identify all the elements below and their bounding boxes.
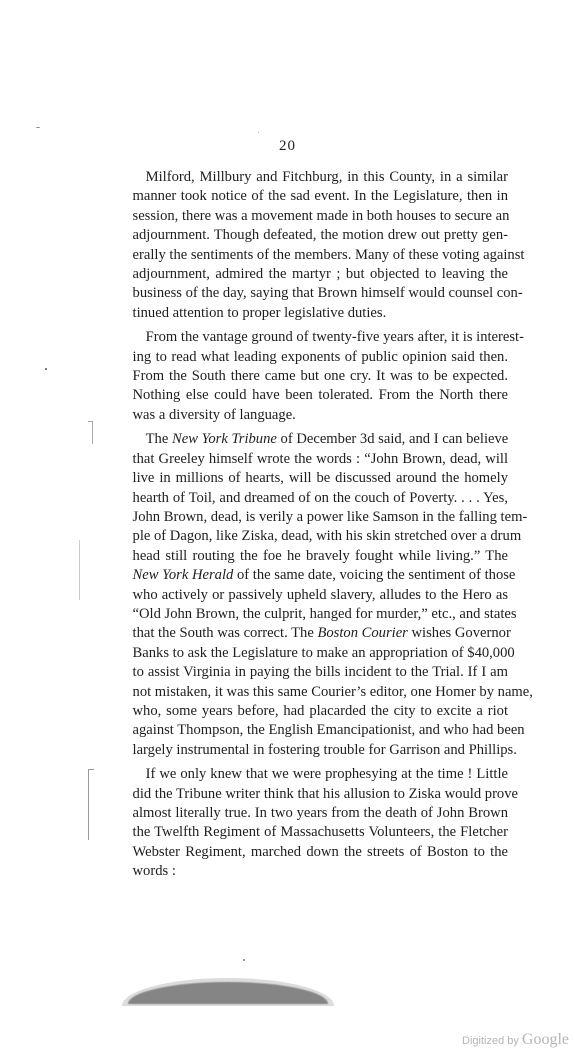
page-number: 20	[0, 138, 575, 155]
text-line: that the South was correct. The Boston C…	[115, 624, 508, 643]
text-line: Banks to ask the Legislature to make an …	[115, 644, 508, 663]
text-line: who actively or passively upheld slavery…	[115, 586, 508, 605]
text-line: From the vantage ground of twenty-five y…	[115, 328, 508, 347]
text-line: manner took notice of the sad event. In …	[115, 187, 508, 206]
text-line: did the Tribune writer think that his al…	[115, 785, 508, 804]
text-line: almost literally true. In two years from…	[115, 804, 508, 823]
text-line: was a diversity of language.	[115, 406, 508, 425]
text-line: The New York Tribune of December 3d said…	[115, 430, 508, 449]
paragraph: If we only knew that we were prophesying…	[115, 765, 508, 881]
paragraph: From the vantage ground of twenty-five y…	[115, 328, 508, 425]
margin-mark-bracket-3-top	[88, 769, 94, 770]
speck	[36, 127, 40, 128]
newspaper-title: Boston Courier	[317, 625, 407, 641]
margin-mark-line-2	[79, 540, 80, 600]
text-line: not mistaken, it was this same Courier’s…	[115, 683, 508, 702]
speck	[258, 132, 259, 133]
scanned-book-page: 20 Milford, Millbury and Fitchburg, in t…	[0, 0, 575, 1064]
speck	[243, 959, 245, 961]
margin-mark-bracket-3	[88, 770, 89, 840]
text-line: who, some years before, had placarded th…	[115, 702, 508, 721]
text-line: business of the day, saying that Brown h…	[115, 284, 508, 303]
body-text: Milford, Millbury and Fitchburg, in this…	[115, 168, 508, 887]
text-line: head still routing the foe he bravely fo…	[115, 547, 508, 566]
text-line: that Greeley himself wrote the words : “…	[115, 450, 508, 469]
newspaper-title: New York Herald	[133, 567, 234, 583]
text-line: John Brown, dead, is verily a power like…	[115, 508, 508, 527]
text-line: adjournment. Though defeated, the motion…	[115, 226, 508, 245]
text-line: adjournment, admired the martyr ; but ob…	[115, 265, 508, 284]
text-line: live in millions of hearts, will be disc…	[115, 469, 508, 488]
text-line: session, there was a movement made in bo…	[115, 207, 508, 226]
text-line: “Old John Brown, the culprit, hanged for…	[115, 605, 508, 624]
paragraph: The New York Tribune of December 3d said…	[115, 430, 508, 760]
text-line: Nothing else could have been tolerated. …	[115, 386, 508, 405]
text-line: New York Herald of the same date, voicin…	[115, 566, 508, 585]
watermark-brand: Google	[522, 1031, 569, 1048]
text-line: against Thompson, the English Emancipati…	[115, 721, 508, 740]
digitized-by-google-watermark: Digitized by Google	[462, 1031, 569, 1049]
watermark-prefix: Digitized by	[462, 1035, 522, 1047]
text-line: ple of Dagon, like Ziska, dead, with his…	[115, 527, 508, 546]
speck	[144, 874, 145, 875]
text-line: largely instrumental in fostering troubl…	[115, 741, 508, 760]
text-line: words :	[115, 862, 508, 881]
text-line: erally the sentiments of the members. Ma…	[115, 246, 508, 265]
text-line: If we only knew that we were prophesying…	[115, 765, 508, 784]
text-line: to assist Virginia in paying the bills i…	[115, 663, 508, 682]
newspaper-title: New York Tribune	[172, 431, 277, 447]
text-line: the Twelfth Regiment of Massachusetts Vo…	[115, 823, 508, 842]
text-line: tinued attention to proper legislative d…	[115, 304, 508, 323]
speck	[45, 368, 47, 370]
text-line: Webster Regiment, marched down the stree…	[115, 843, 508, 862]
text-line: ing to read what leading exponents of pu…	[115, 348, 508, 367]
text-line: Milford, Millbury and Fitchburg, in this…	[115, 168, 508, 187]
margin-mark-bracket-1	[92, 422, 93, 444]
margin-mark-bracket-1-top	[88, 421, 93, 422]
text-line: hearth of Toil, and dreamed of on the co…	[115, 489, 508, 508]
paragraph: Milford, Millbury and Fitchburg, in this…	[115, 168, 508, 323]
text-line: From the South there came but one cry. I…	[115, 367, 508, 386]
